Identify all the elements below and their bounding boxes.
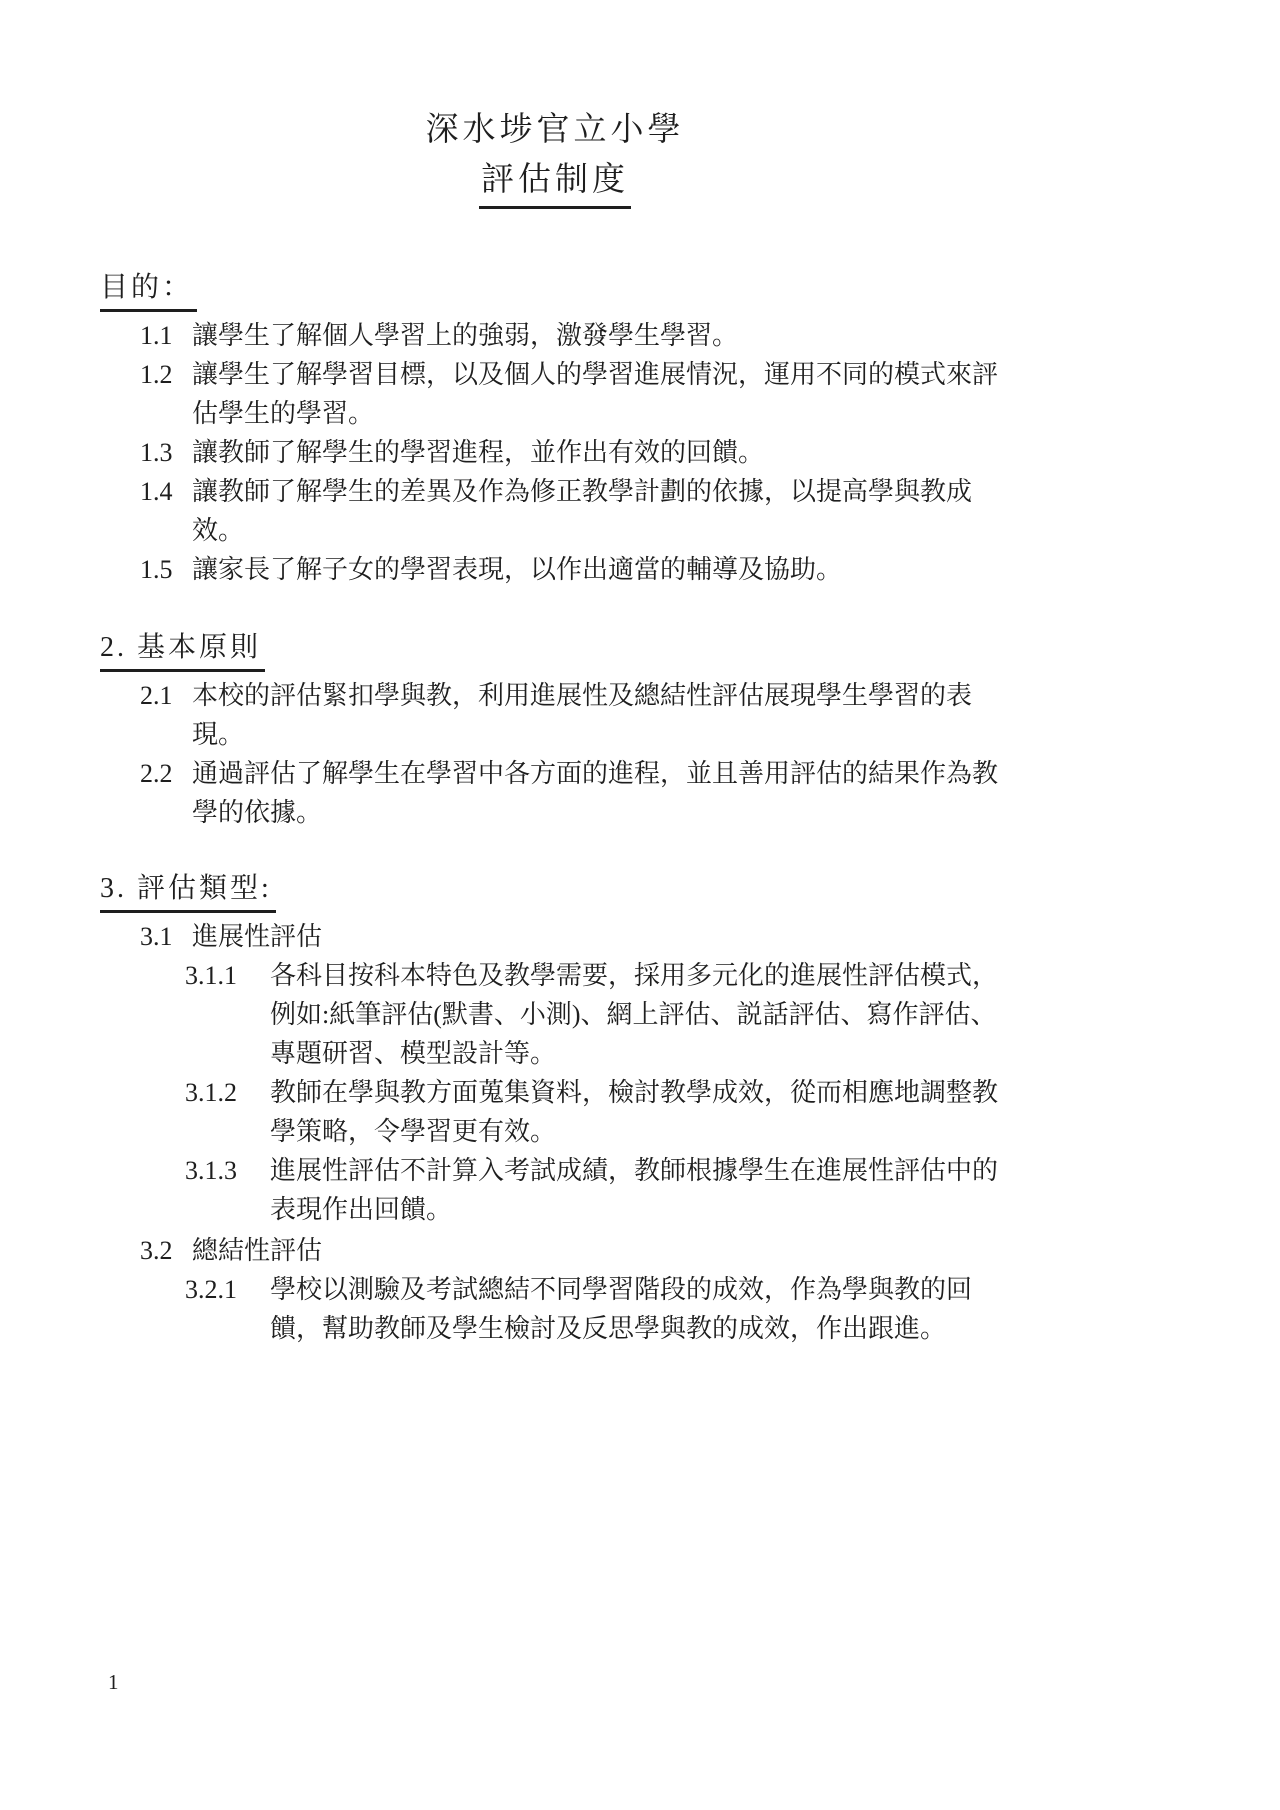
document-subtitle: 評估制度 xyxy=(100,156,1010,209)
item-text: 讓教師了解學生的差異及作為修正教學計劃的依據，以提高學與教成效。 xyxy=(192,472,1010,550)
list-item: 3.1.3 進展性評估不計算入考試成績，教師根據學生在進展性評估中的表現作出回饋… xyxy=(100,1151,1010,1229)
principles-list: 2.1 本校的評估緊扣學與教，利用進展性及總結性評估展現學生學習的表現。 2.2… xyxy=(100,676,1010,832)
item-number: 1.4 xyxy=(140,472,192,550)
list-item: 1.3 讓教師了解學生的學習進程，並作出有效的回饋。 xyxy=(100,433,1010,472)
document-subtitle-text: 評估制度 xyxy=(479,156,631,209)
item-text: 讓學生了解個人學習上的強弱，激發學生學習。 xyxy=(192,316,1010,355)
section-purpose-heading: 目的： xyxy=(100,271,1010,312)
section-principles-heading: 2. 基本原則 xyxy=(100,631,1010,672)
item-number: 1.5 xyxy=(140,550,192,589)
subsection-title: 進展性評估 xyxy=(192,917,1010,956)
list-item: 1.5 讓家長了解子女的學習表現，以作出適當的輔導及協助。 xyxy=(100,550,1010,589)
item-number: 2.1 xyxy=(140,676,192,754)
item-text: 各科目按科本特色及教學需要，採用多元化的進展性評估模式，例如:紙筆評估(默書、小… xyxy=(270,956,1010,1073)
item-text: 通過評估了解學生在學習中各方面的進程，並且善用評估的結果作為教學的依據。 xyxy=(192,754,1010,832)
item-number: 3.2.1 xyxy=(185,1270,270,1348)
subsection-number: 3.2 xyxy=(140,1231,192,1270)
subsection-header: 3.2 總結性評估 xyxy=(100,1231,1010,1270)
subsection-title: 總結性評估 xyxy=(192,1231,1010,1270)
section-principles-heading-text: 2. 基本原則 xyxy=(100,631,265,672)
list-item: 1.4 讓教師了解學生的差異及作為修正教學計劃的依據，以提高學與教成效。 xyxy=(100,472,1010,550)
item-number: 3.1.3 xyxy=(185,1151,270,1229)
item-number: 1.2 xyxy=(140,355,192,433)
list-item: 1.1 讓學生了解個人學習上的強弱，激發學生學習。 xyxy=(100,316,1010,355)
document-title: 深水埗官立小學 xyxy=(100,106,1010,154)
section-purpose-heading-text: 目的： xyxy=(100,271,197,312)
types-list: 3.1 進展性評估 3.1.1 各科目按科本特色及教學需要，採用多元化的進展性評… xyxy=(100,917,1010,1348)
subsection-number: 3.1 xyxy=(140,917,192,956)
document-page: 深水埗官立小學 評估制度 目的： 1.1 讓學生了解個人學習上的強弱，激發學生學… xyxy=(0,0,1280,1810)
list-item: 3.2.1 學校以測驗及考試總結不同學習階段的成效，作為學與教的回饋，幫助教師及… xyxy=(100,1270,1010,1348)
list-item: 2.2 通過評估了解學生在學習中各方面的進程，並且善用評估的結果作為教學的依據。 xyxy=(100,754,1010,832)
item-number: 3.1.2 xyxy=(185,1073,270,1151)
list-item: 1.2 讓學生了解學習目標，以及個人的學習進展情況，運用不同的模式來評估學生的學… xyxy=(100,355,1010,433)
purpose-list: 1.1 讓學生了解個人學習上的強弱，激發學生學習。 1.2 讓學生了解學習目標，… xyxy=(100,316,1010,589)
item-text: 讓教師了解學生的學習進程，並作出有效的回饋。 xyxy=(192,433,1010,472)
document-content: 深水埗官立小學 評估制度 目的： 1.1 讓學生了解個人學習上的強弱，激發學生學… xyxy=(0,0,1010,1348)
list-item: 2.1 本校的評估緊扣學與教，利用進展性及總結性評估展現學生學習的表現。 xyxy=(100,676,1010,754)
item-text: 教師在學與教方面蒐集資料，檢討教學成效，從而相應地調整教學策略，令學習更有效。 xyxy=(270,1073,1010,1151)
item-number: 3.1.1 xyxy=(185,956,270,1073)
list-item: 3.1.1 各科目按科本特色及教學需要，採用多元化的進展性評估模式，例如:紙筆評… xyxy=(100,956,1010,1073)
item-number: 1.3 xyxy=(140,433,192,472)
item-number: 2.2 xyxy=(140,754,192,832)
item-text: 讓學生了解學習目標，以及個人的學習進展情況，運用不同的模式來評估學生的學習。 xyxy=(192,355,1010,433)
item-text: 讓家長了解子女的學習表現，以作出適當的輔導及協助。 xyxy=(192,550,1010,589)
list-item: 3.1.2 教師在學與教方面蒐集資料，檢討教學成效，從而相應地調整教學策略，令學… xyxy=(100,1073,1010,1151)
page-number: 1 xyxy=(108,1668,119,1696)
item-text: 本校的評估緊扣學與教，利用進展性及總結性評估展現學生學習的表現。 xyxy=(192,676,1010,754)
subsection-header: 3.1 進展性評估 xyxy=(100,917,1010,956)
item-text: 學校以測驗及考試總結不同學習階段的成效，作為學與教的回饋，幫助教師及學生檢討及反… xyxy=(270,1270,1010,1348)
section-types-heading: 3. 評估類型: xyxy=(100,872,1010,913)
item-text: 進展性評估不計算入考試成績，教師根據學生在進展性評估中的表現作出回饋。 xyxy=(270,1151,1010,1229)
section-types-heading-text: 3. 評估類型: xyxy=(100,872,276,913)
item-number: 1.1 xyxy=(140,316,192,355)
